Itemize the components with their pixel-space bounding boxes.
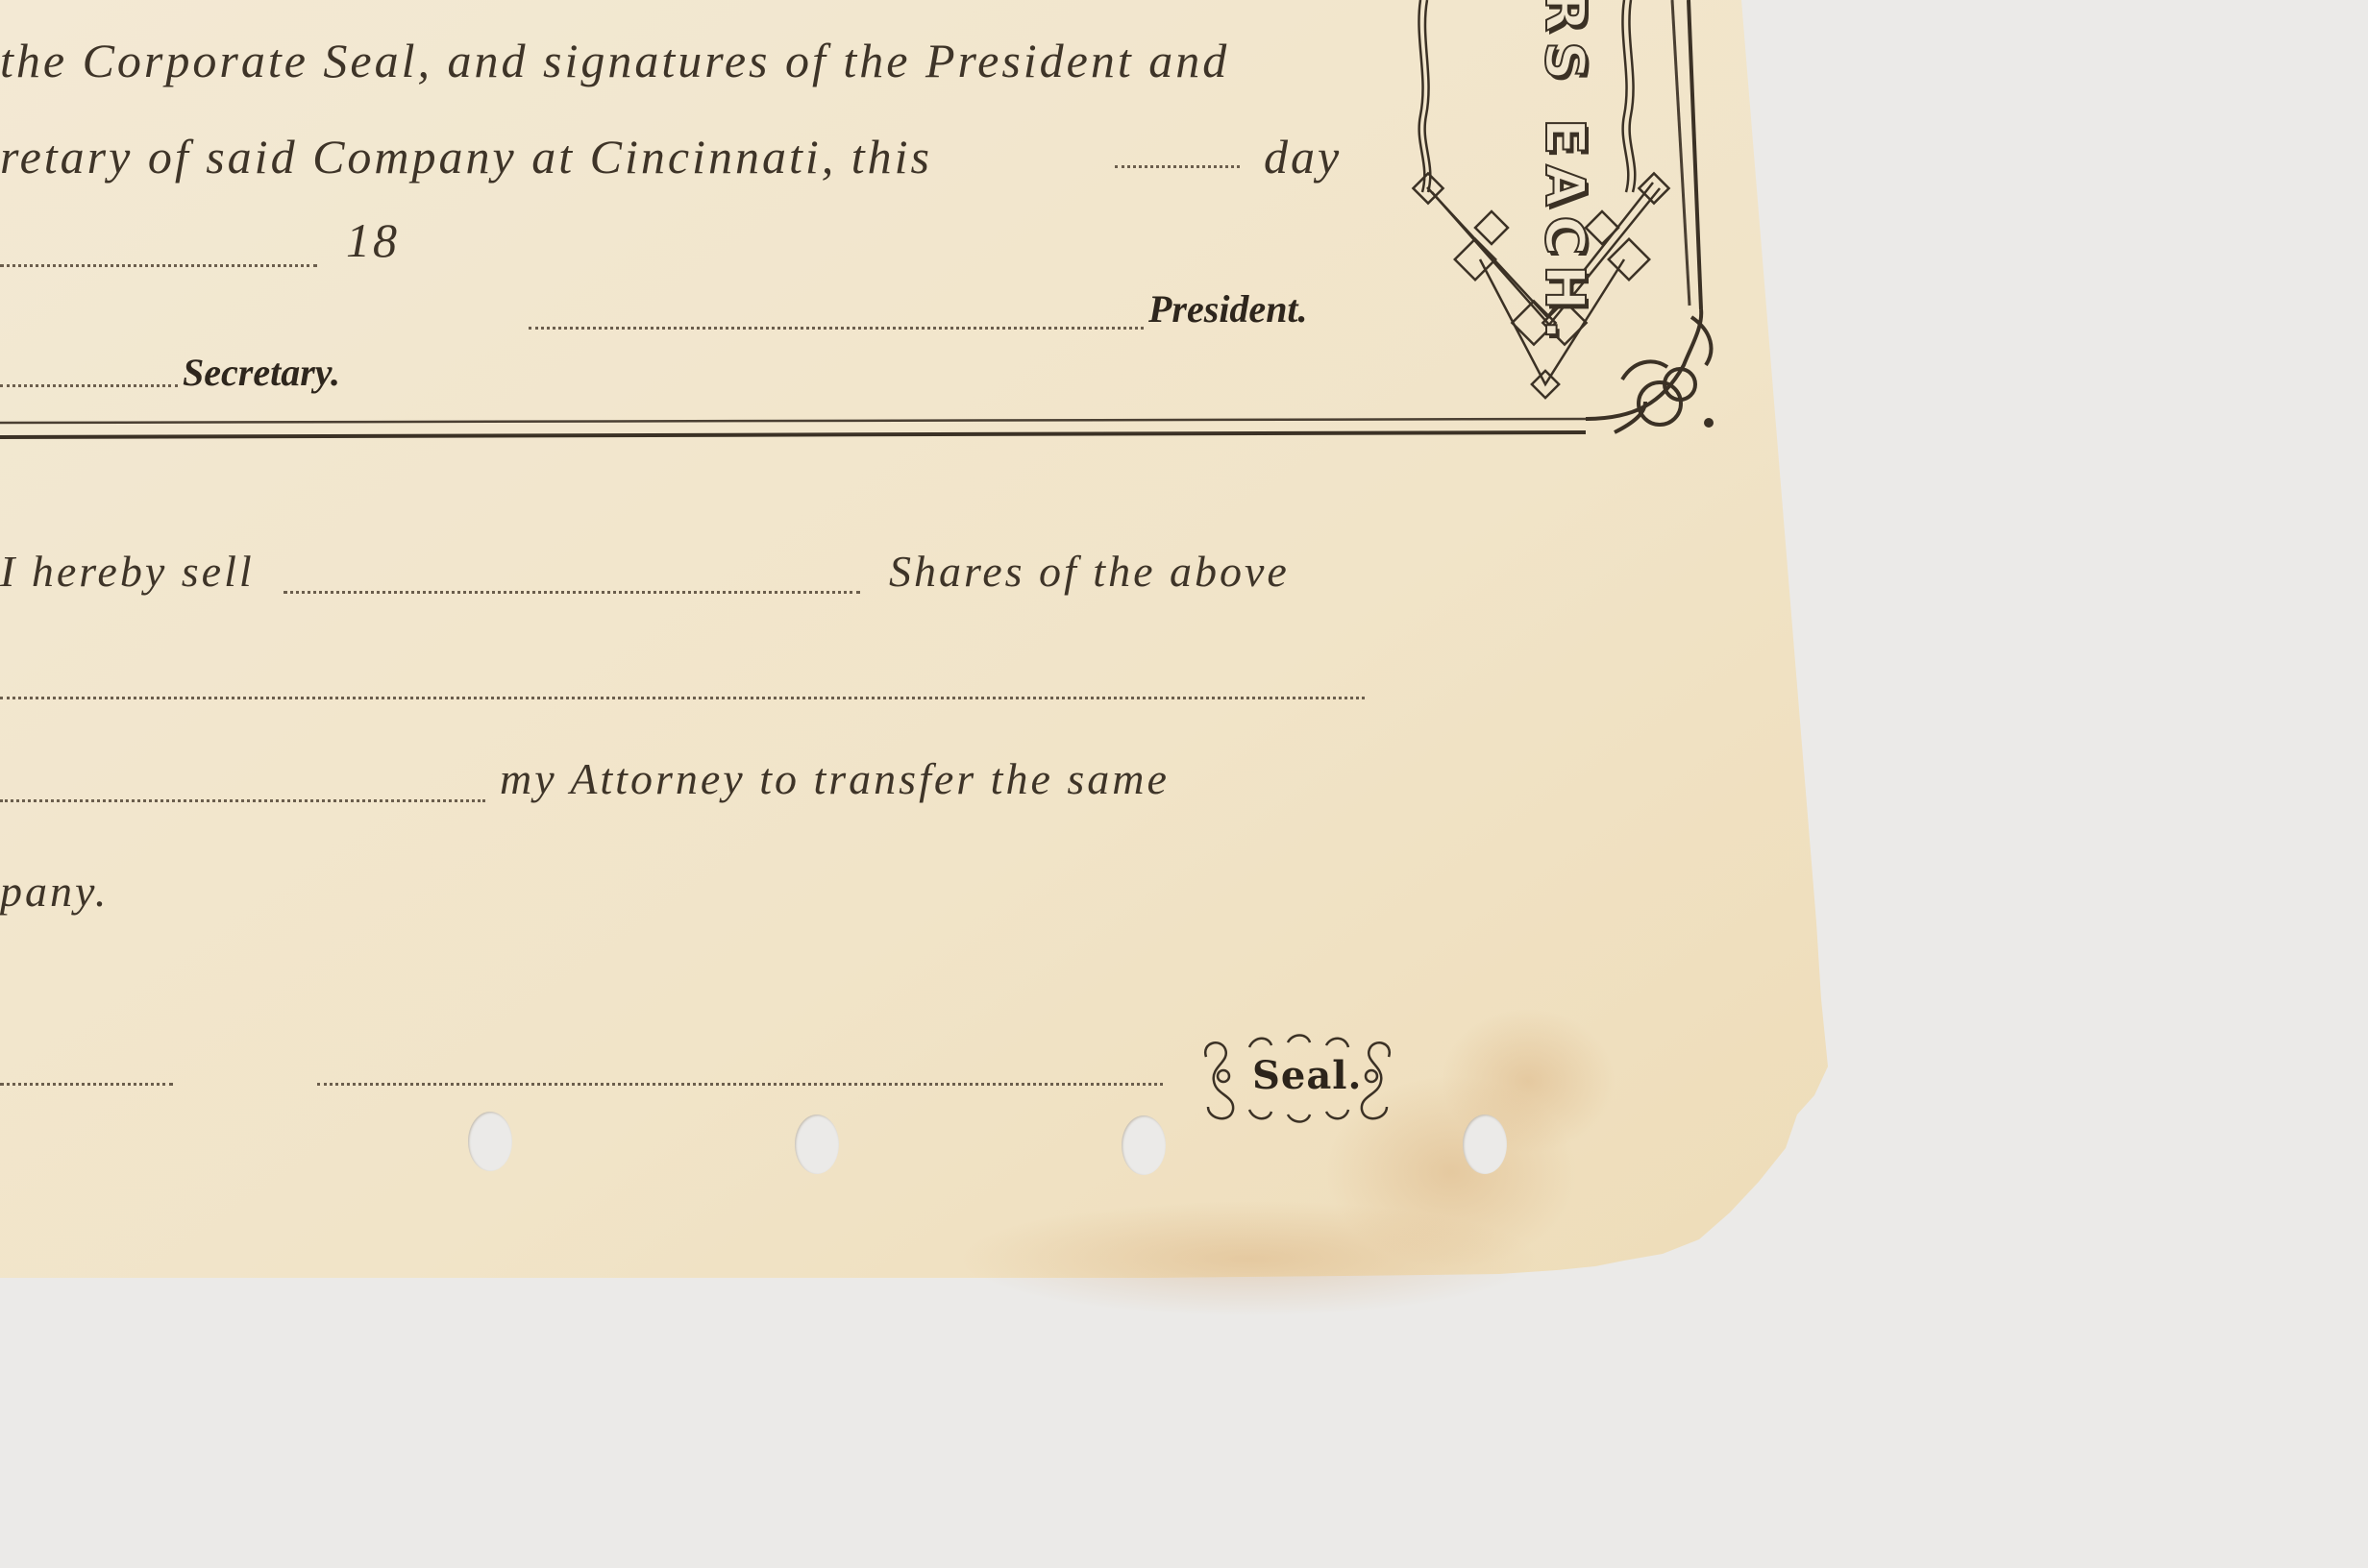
transfer-line-3-suffix: my Attorney to transfer the same [500,757,1170,801]
binder-hole [795,1115,839,1174]
transfer-line-4: pany. [0,870,109,914]
binder-hole [468,1112,512,1171]
certificate-paper: RS EACH. the Corporate Seal, and signatu… [0,0,2368,1568]
witness-signature-line[interactable] [0,1083,173,1086]
date-blank-field[interactable] [0,264,317,267]
shares-blank-field[interactable] [284,591,860,594]
day-blank-field[interactable] [1115,165,1240,168]
secretary-signature-line[interactable] [0,384,178,387]
secretary-label: Secretary. [183,354,340,392]
seller-signature-line[interactable] [317,1083,1163,1086]
binder-hole [1463,1115,1507,1174]
binder-hole [1122,1115,1166,1175]
cert-text-line-1: the Corporate Seal, and signatures of th… [0,37,1229,85]
day-label: day [1264,133,1342,181]
transfer-line-1-prefix: I hereby sell [0,550,255,594]
age-stain [961,1201,1538,1316]
year-prefix: 18 [346,216,400,264]
transfer-line-1-suffix: Shares of the above [889,550,1290,594]
seal-label: Seal. [1252,1053,1362,1098]
attorney-blank-field[interactable] [0,799,485,802]
president-label: President. [1148,290,1308,329]
president-signature-line[interactable] [529,327,1144,330]
cert-text-line-2: retary of said Company at Cincinnati, th… [0,133,932,181]
border-value-text: RS EACH. [1533,0,1595,350]
transferee-blank-field[interactable] [0,697,1365,699]
seal-ornament: Seal. [1196,1028,1398,1129]
